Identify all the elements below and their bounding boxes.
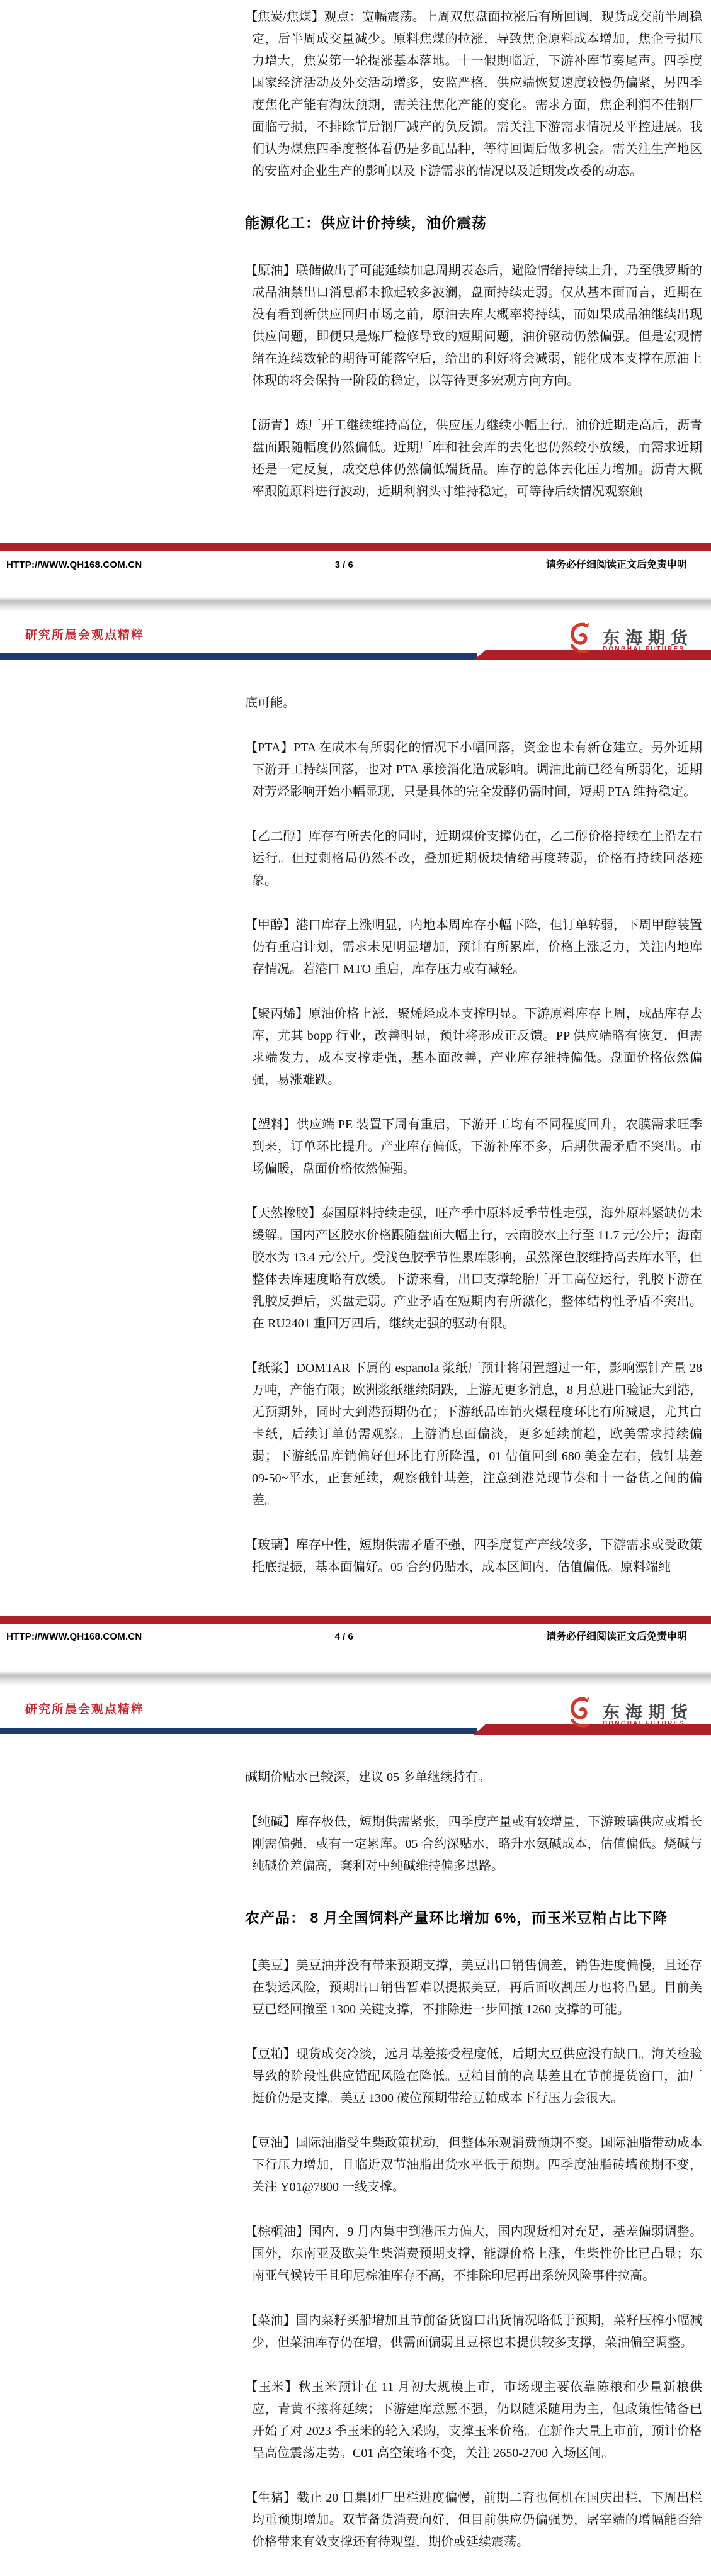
para-soda-ash: 【纯碱】库存极低，短期供需紧张，四季度产量或有较增量，下游玻璃供应或增长刚需偏强… (245, 1811, 702, 1877)
para-rapeseed-oil: 【菜油】国内菜籽买船增加且节前备货窗口出货情况略低于预期，菜籽压榨小幅减少，但菜… (245, 2310, 702, 2354)
para-coke-coal: 【焦炭/焦煤】观点：宽幅震荡。上周双焦盘面拉涨后有所回调，现货成交前半周稳定，后… (245, 6, 702, 183)
page-4-content: 底可能。 【PTA】PTA 在成本有所弱化的情况下小幅回落，资金也未有新仓建立。… (245, 692, 702, 1601)
para-glass: 【玻璃】库存中性，短期供需矛盾不强，四季度复产产线较多，下游需求或受政策托底提振… (245, 1534, 702, 1578)
page-footer: HTTP://WWW.QH168.COM.CN 4 / 6 请务必仔细阅读正文后… (6, 1628, 687, 1643)
page-separator (0, 597, 711, 612)
report-document: { "header": { "title": "研究所晨会观点精粹", "log… (0, 0, 711, 2563)
report-page-5: 研究所晨会观点精粹 东海期货 DONGHAI FUTURES 碱期价贴水已较深，… (0, 1686, 711, 2563)
logo-english-name: DONGHAI FUTURES (603, 1720, 685, 1727)
para-pta: 【PTA】PTA 在成本有所弱化的情况下小幅回落，资金也未有新仓建立。另外近期下… (245, 737, 702, 803)
para-polypropylene: 【聚丙烯】原油价格上涨，聚烯烃成本支撑明显。下游原料库存上周，成品库存去库，尤其… (245, 1003, 702, 1091)
dragon-logo-icon (566, 621, 600, 656)
para-corn: 【玉米】秋玉米预计在 11 月初大规模上市，市场现主要依靠陈粮和少量新粮供应，青… (245, 2376, 702, 2465)
para-live-hog: 【生猪】截止 20 日集团厂出栏进度偏慢，前期二育也伺机在国庆出栏，下周出栏均重… (245, 2487, 702, 2553)
footer-page-number: 4 / 6 (335, 1631, 353, 1642)
footer-disclaimer: 请务必仔细阅读正文后免责申明 (546, 556, 687, 571)
para-pulp: 【纸浆】DOMTAR 下属的 espanola 浆纸厂预计将闲置超过一年，影响漂… (245, 1358, 702, 1512)
page-5-content: 碱期价贴水已较深，建议 05 多单继续持有。 【纯碱】库存极低，短期供需紧张，四… (245, 1767, 702, 2576)
report-title: 研究所晨会观点精粹 (25, 626, 144, 643)
para-ethylene-glycol: 【乙二醇】库存有所去化的同时，近期煤价支撑仍在，乙二醇价格持续在上沿左右运行。但… (245, 826, 702, 892)
footer-page-number: 3 / 6 (335, 560, 353, 570)
footer-url: HTTP://WWW.QH168.COM.CN (6, 560, 142, 570)
para-soybean-oil: 【豆油】国际油脂受生柴政策扰动，但整体乐观消费预期不变。国际油脂带动成本下行压力… (245, 2132, 702, 2198)
para-us-soybean: 【美豆】美豆油并没有带来预期支撑，美豆出口销售偏差，销售进度偏慢，且还存在装运风… (245, 1955, 702, 2021)
page-3-content: 【焦炭/焦煤】观点：宽幅震荡。上周双焦盘面拉涨后有所回调，现货成交前半周稳定，后… (245, 6, 702, 526)
footer-disclaimer: 请务必仔细阅读正文后免责申明 (546, 1628, 687, 1643)
report-page-4: 研究所晨会观点精粹 东海期货 DONGHAI FUTURES 底可能。 【PTA… (0, 612, 711, 1671)
donghai-futures-logo: 东海期货 DONGHAI FUTURES (566, 1694, 706, 1734)
para-crude-oil: 【原油】联储做出了可能延续加息周期表态后，避险情绪持续上升，乃至俄罗斯的成品油禁… (245, 260, 702, 392)
donghai-futures-logo: 东海期货 DONGHAI FUTURES (566, 619, 706, 660)
page-separator (0, 1671, 711, 1686)
footer-url: HTTP://WWW.QH168.COM.CN (6, 1631, 142, 1642)
para-natural-rubber: 【天然橡胶】泰国原料持续走强，旺产季中原料反季节性走强，海外原料紧缺仍未缓解。国… (245, 1203, 702, 1335)
page-footer: HTTP://WWW.QH168.COM.CN 3 / 6 请务必仔细阅读正文后… (6, 556, 687, 571)
heading-energy-chemicals: 能源化工：供应计价持续，油价震荡 (245, 211, 702, 232)
page-header: 研究所晨会观点精粹 东海期货 DONGHAI FUTURES (0, 612, 711, 668)
heading-agricultural-products: 农产品： 8 月全国饲料产量环比增加 6%，而玉米豆粕占比下降 (245, 1906, 702, 1927)
para-methanol: 【甲醇】港口库存上涨明显，内地本周库存小幅下降，但订单转弱，下周甲醇装置仍有重启… (245, 914, 702, 981)
footer-divider-bar (0, 1616, 711, 1624)
page-header: 研究所晨会观点精粹 东海期货 DONGHAI FUTURES (0, 1686, 711, 1743)
logo-english-name: DONGHAI FUTURES (603, 646, 685, 653)
para-plastic: 【塑料】供应端 PE 装置下周有重启，下游开工均有不同程度回升，农膜需求旺季到来… (245, 1114, 702, 1180)
report-page-3: 【焦炭/焦煤】观点：宽幅震荡。上周双焦盘面拉涨后有所回调，现货成交前半周稳定，后… (0, 0, 711, 597)
para-soybean-meal: 【豆粕】现货成交冷淡，远月基差接受程度低，后期大豆供应没有缺口。海关检验导致的阶… (245, 2044, 702, 2110)
para-bitumen-continuation: 底可能。 (245, 692, 702, 714)
para-palm-oil: 【棕榈油】国内，9 月内集中到港压力偏大，国内现货相对充足，基差偏弱调整。国外，… (245, 2221, 702, 2287)
footer-divider-bar (0, 543, 711, 551)
report-title: 研究所晨会观点精粹 (25, 1700, 144, 1717)
dragon-logo-icon (566, 1695, 600, 1730)
header-blue-bar (0, 653, 477, 660)
para-bitumen: 【沥青】炼厂开工继续维持高位，供应压力继续小幅上行。油价近期走高后，沥青盘面跟随… (245, 415, 702, 503)
header-blue-bar (0, 1728, 477, 1734)
para-soda-ash-continuation: 碱期价贴水已较深，建议 05 多单继续持有。 (245, 1767, 702, 1789)
